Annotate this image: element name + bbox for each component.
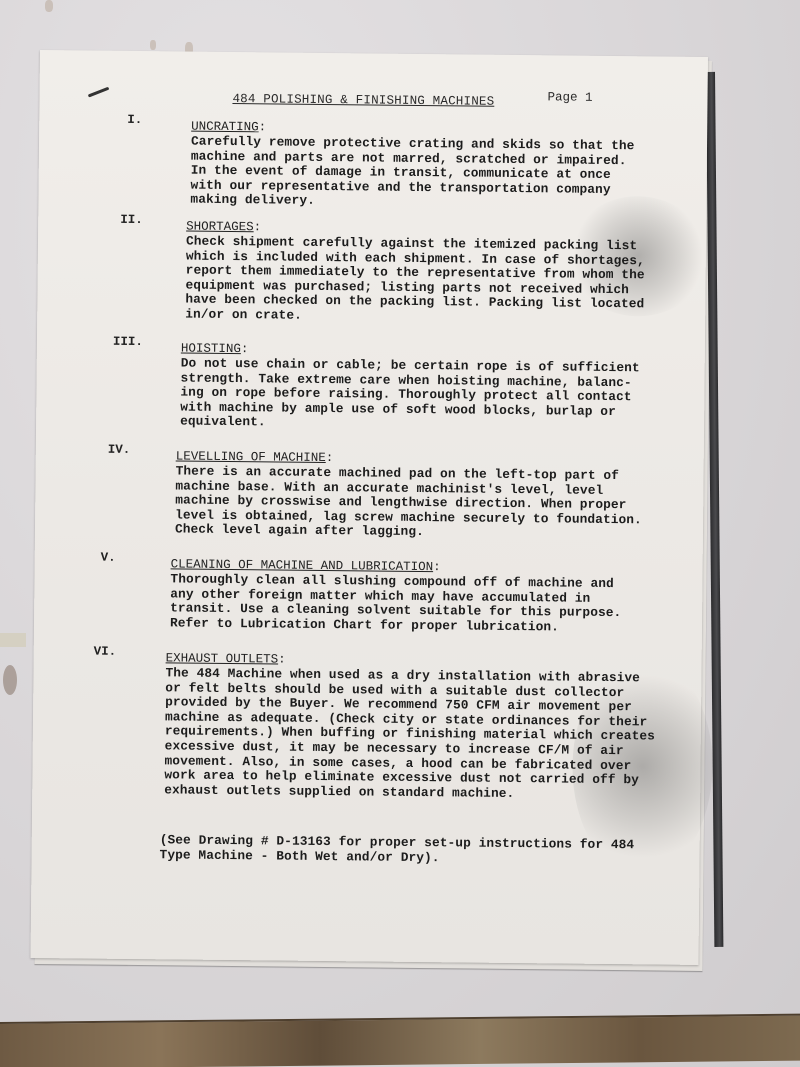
surface-scuff: [45, 0, 53, 12]
heading-colon: :: [433, 560, 441, 574]
heading-colon: :: [241, 342, 249, 356]
section-body: EXHAUST OUTLETS: The 484 Machine when us…: [164, 648, 656, 802]
section-text: Do not use chain or cable; be certain ro…: [180, 356, 640, 434]
section-text: Thoroughly clean all slushing compound o…: [170, 572, 622, 635]
heading-colon: :: [254, 220, 262, 234]
document-title: 484 POLISHING & FINISHING MACHINES: [232, 92, 494, 109]
section-text: The 484 Machine when used as a dry insta…: [164, 666, 655, 802]
section-hoisting: III. HOISTING: Do not use chain or cable…: [37, 334, 677, 341]
text-line: Refer to Lubrication Chart for proper lu…: [170, 616, 621, 635]
section-text: There is an accurate machined pad on the…: [175, 464, 643, 542]
drawing-reference-note: (See Drawing # D-13163 for proper set-up…: [32, 832, 672, 839]
section-body: LEVELLING OF MACHINE: There is an accura…: [175, 446, 643, 542]
section-levelling: IV. LEVELLING OF MACHINE: There is an ac…: [36, 442, 676, 449]
note-body: (See Drawing # D-13163 for proper set-up…: [159, 833, 634, 867]
page-number: Page 1: [547, 90, 592, 104]
section-numeral: VI.: [94, 645, 117, 659]
document-page: 484 POLISHING & FINISHING MACHINES Page …: [30, 50, 707, 965]
section-numeral: I.: [127, 113, 142, 127]
section-exhaust-outlets: VI. EXHAUST OUTLETS: The 484 Machine whe…: [34, 644, 674, 651]
section-body: CLEANING OF MACHINE AND LUBRICATION: Tho…: [170, 554, 622, 635]
section-uncrating: I. UNCRATING: Carefully remove protectiv…: [39, 112, 679, 119]
section-text: Check shipment carefully against the ite…: [185, 235, 645, 327]
section-body: HOISTING: Do not use chain or cable; be …: [180, 338, 640, 434]
section-numeral: IV.: [108, 443, 131, 457]
section-numeral: II.: [120, 213, 143, 227]
section-numeral: V.: [101, 551, 116, 565]
tape-fragment: [0, 633, 26, 647]
heading-colon: :: [278, 653, 286, 667]
section-cleaning: V. CLEANING OF MACHINE AND LUBRICATION: …: [35, 550, 675, 557]
section-body: UNCRATING: Carefully remove protective c…: [190, 117, 634, 213]
surface-scuff: [150, 40, 156, 50]
pen-mark: [88, 87, 110, 98]
section-numeral: III.: [113, 335, 143, 349]
heading-colon: :: [259, 120, 267, 134]
section-body: SHORTAGES: Check shipment carefully agai…: [185, 217, 645, 327]
wood-edge: [0, 1014, 800, 1067]
section-text: Carefully remove protective crating and …: [190, 135, 634, 213]
surface-smudge: [3, 665, 17, 695]
heading-colon: :: [326, 451, 334, 465]
